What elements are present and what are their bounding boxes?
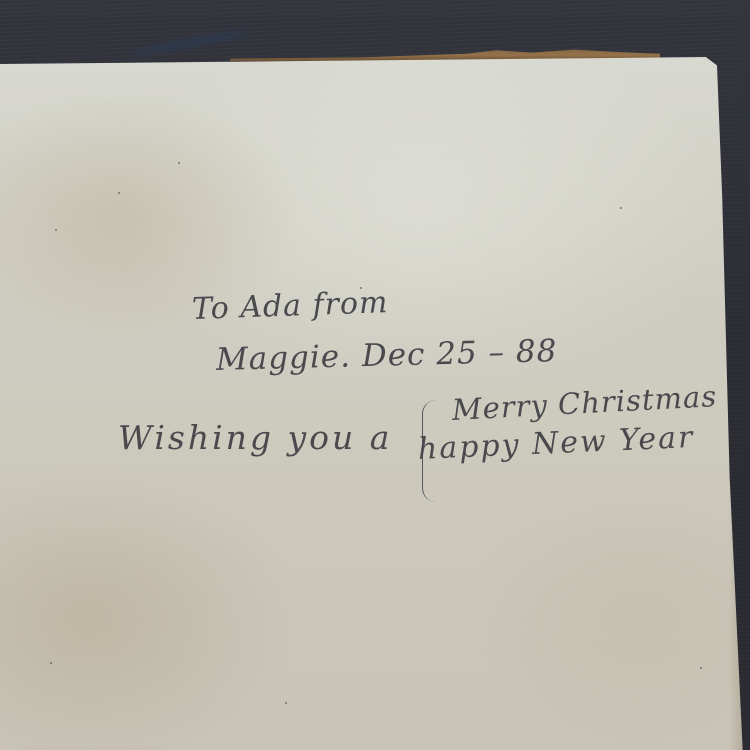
paper-speck <box>178 162 180 164</box>
paper-speck <box>620 207 622 209</box>
paper-speck <box>360 287 362 289</box>
paper-speck <box>118 192 120 194</box>
book-endpaper <box>0 57 743 750</box>
paper-speck <box>700 667 702 669</box>
wood-grain-streak <box>130 28 250 59</box>
paper-speck <box>285 702 287 704</box>
paper-speck <box>55 229 57 231</box>
paper-speck <box>50 662 52 664</box>
